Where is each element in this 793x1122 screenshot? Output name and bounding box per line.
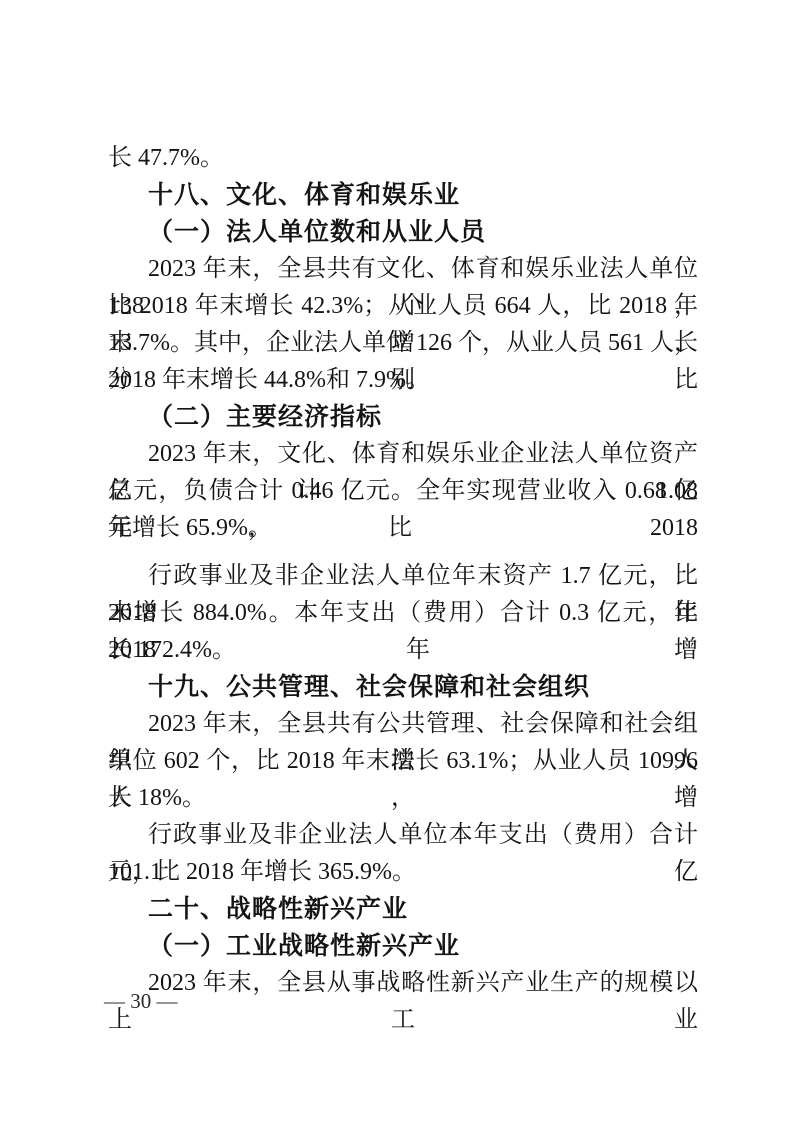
paragraph-line: 长 47.7%。 (108, 140, 698, 177)
paragraph-line: 行政事业及非企业法人单位年末资产 1.7 亿元，比 2018 年 (108, 558, 698, 595)
paragraph-line: 行政事业及非企业法人单位本年支出（费用）合计 101.1 亿 (108, 817, 698, 854)
page-number: — 30 — (104, 988, 178, 1014)
paragraph-line: 2023 年末，全县共有文化、体育和娱乐业法人单位 138 个， (108, 251, 698, 288)
subsection-heading: （一）法人单位数和从业人员 (108, 214, 698, 251)
paragraph-line: 比 2018 年末增长 42.3%；从业人员 664 人，比 2018 年末增长 (108, 288, 698, 325)
paragraph-line: 13.7%。其中，企业法人单位 126 个，从业人员 561 人，分别比 (108, 325, 698, 362)
paragraph-line: 2023 年末，全县从事战略性新兴产业生产的规模以上工业 (108, 965, 698, 1002)
paragraph-line: 2023 年末，文化、体育和娱乐业企业法人单位资产总计 1.08 (108, 436, 698, 473)
section-heading-19: 十九、公共管理、社会保障和社会组织 (108, 669, 698, 706)
paragraph-line: 末增长 884.0%。本年支出（费用）合计 0.3 亿元，比 2018 年增 (108, 595, 698, 632)
section-heading-20: 二十、战略性新兴产业 (108, 891, 698, 928)
document-page: 长 47.7%。 十八、文化、体育和娱乐业 （一）法人单位数和从业人员 2023… (0, 0, 793, 1122)
subsection-heading: （一）工业战略性新兴产业 (108, 928, 698, 965)
document-content: 长 47.7%。 十八、文化、体育和娱乐业 （一）法人单位数和从业人员 2023… (108, 140, 698, 1002)
paragraph-line: 单位 602 个，比 2018 年末增长 63.1%；从业人员 10996 人，… (108, 743, 698, 780)
subsection-heading: （二）主要经济指标 (108, 399, 698, 436)
paragraph-line: 2023 年末，全县共有公共管理、社会保障和社会组织法人 (108, 706, 698, 743)
section-heading-18: 十八、文化、体育和娱乐业 (108, 177, 698, 214)
paragraph-line: 亿元，负债合计 0.46 亿元。全年实现营业收入 0.68 亿元，比 2018 (108, 473, 698, 510)
